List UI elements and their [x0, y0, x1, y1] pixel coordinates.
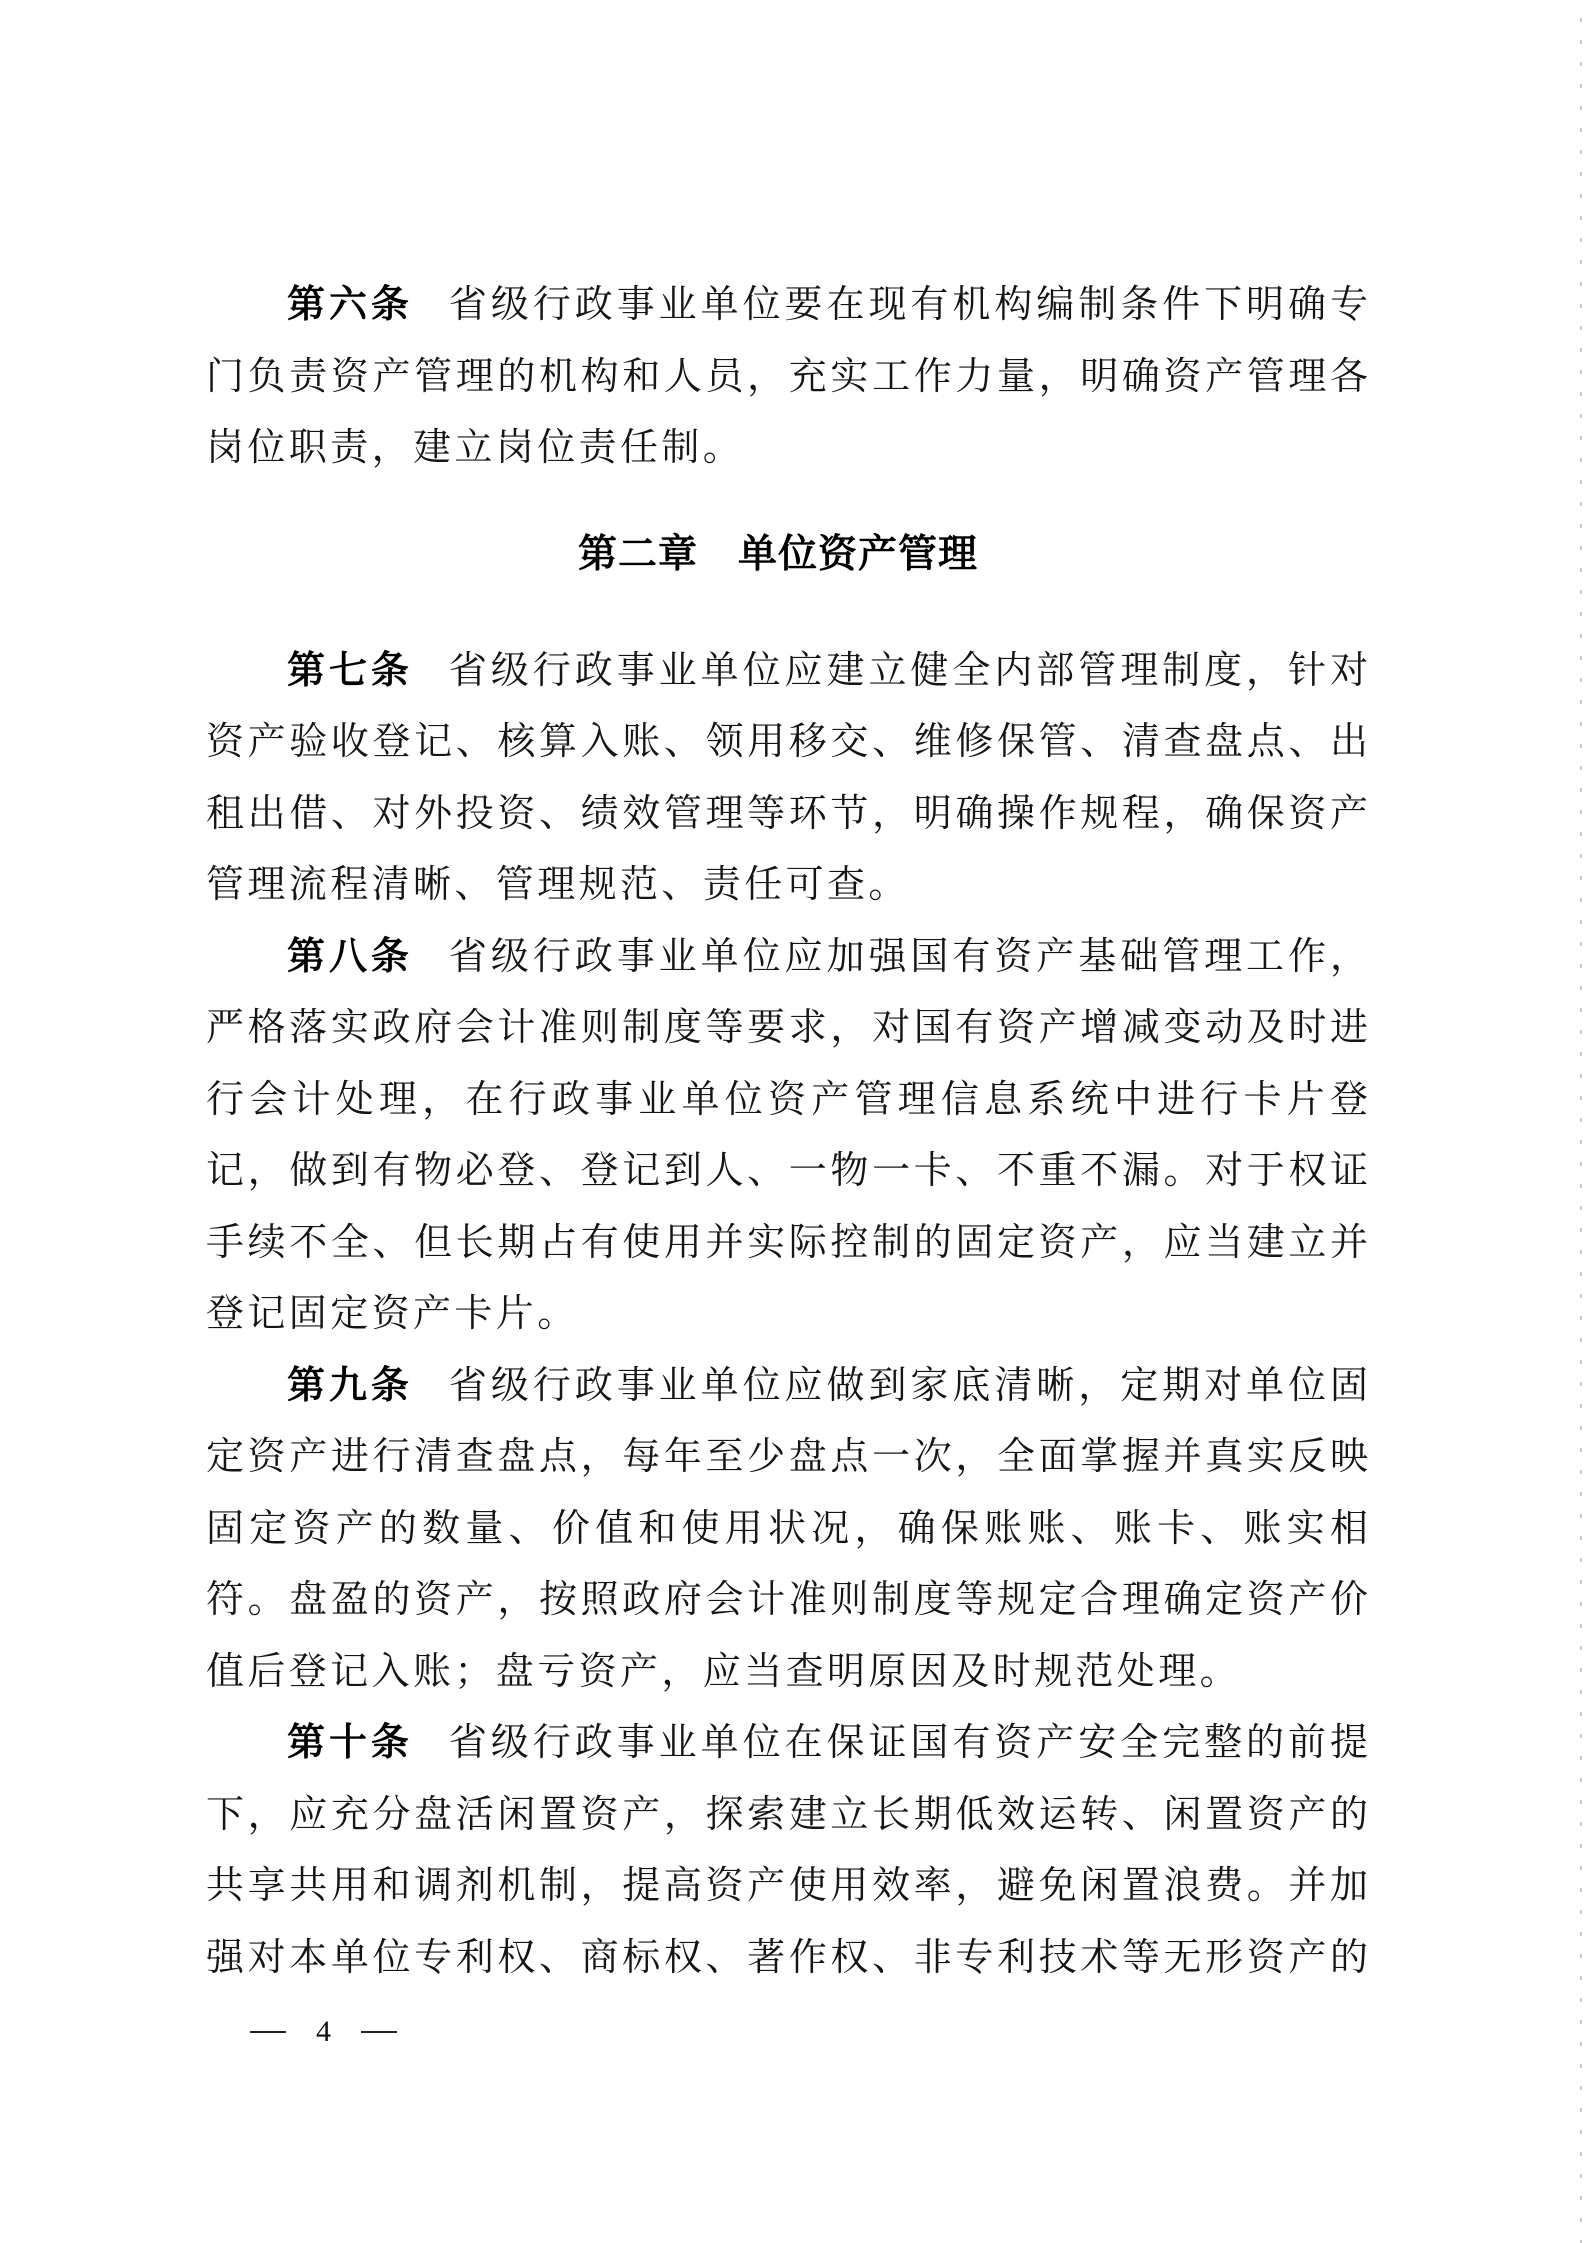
- article-10-line-2: 下，应充分盘活闲置资产，探索建立长期低效运转、闲置资产的: [206, 1792, 1368, 1836]
- page-number-dash-left: [250, 2031, 286, 2033]
- article-10-line-1: 第十条省级行政事业单位在保证国有资产安全完整的前提: [287, 1720, 1368, 1764]
- chapter-heading: 第二章单位资产管理: [578, 532, 978, 578]
- article-9-line-4: 符。盘盈的资产，按照政府会计准则制度等规定合理确定资产价: [206, 1577, 1368, 1621]
- article-9-line-2: 定资产进行清查盘点，每年至少盘点一次，全面掌握并真实反映: [206, 1434, 1368, 1478]
- article-7-line-2: 资产验收登记、核算入账、领用移交、维修保管、清查盘点、出: [206, 719, 1368, 763]
- page-number: 4: [250, 2012, 397, 2052]
- article-9-line-3: 固定资产的数量、价值和使用状况，确保账账、账卡、账实相: [206, 1506, 1368, 1550]
- article-6-line-3: 岗位职责，建立岗位责任制。: [206, 425, 1368, 469]
- article-8-line-6: 登记固定资产卡片。: [206, 1291, 1368, 1335]
- chapter-title: 单位资产管理: [738, 532, 978, 577]
- article-8-line-2: 严格落实政府会计准则制度等要求，对国有资产增减变动及时进: [206, 1005, 1368, 1049]
- article-8-line-1: 第八条省级行政事业单位应加强国有资产基础管理工作，: [287, 934, 1368, 978]
- scan-edge-line: [1580, 0, 1582, 2243]
- article-9-line-5: 值后登记入账；盘亏资产，应当查明原因及时规范处理。: [206, 1649, 1368, 1693]
- article-7-label: 第七条: [287, 648, 413, 692]
- article-8-line-4: 记，做到有物必登、登记到人、一物一卡、不重不漏。对于权证: [206, 1148, 1368, 1192]
- article-8-line-3: 行会计处理，在行政事业单位资产管理信息系统中进行卡片登: [206, 1077, 1368, 1121]
- page-number-value: 4: [316, 2012, 331, 2052]
- article-10-line-3: 共享共用和调剂机制，提高资产使用效率，避免闲置浪费。并加: [206, 1863, 1368, 1907]
- article-9-label: 第九条: [287, 1363, 413, 1407]
- document-page: 第六条省级行政事业单位要在现有机构编制条件下明确专 门负责资产管理的机构和人员，…: [0, 0, 1588, 2243]
- article-10-line-4: 强对本单位专利权、商标权、著作权、非专利技术等无形资产的: [206, 1935, 1368, 1979]
- article-8-line-5: 手续不全、但长期占有使用并实际控制的固定资产，应当建立并: [206, 1220, 1368, 1264]
- article-9-line-1: 第九条省级行政事业单位应做到家底清晰，定期对单位固: [287, 1363, 1368, 1407]
- article-6-line-1: 第六条省级行政事业单位要在现有机构编制条件下明确专: [287, 282, 1368, 326]
- article-8-label: 第八条: [287, 934, 413, 978]
- article-7-line-4: 管理流程清晰、管理规范、责任可查。: [206, 862, 1368, 906]
- article-7-line-3: 租出借、对外投资、绩效管理等环节，明确操作规程，确保资产: [206, 791, 1368, 835]
- article-7-line-1: 第七条省级行政事业单位应建立健全内部管理制度，针对: [287, 648, 1368, 692]
- page-number-dash-right: [361, 2031, 397, 2033]
- chapter-number: 第二章: [578, 532, 698, 577]
- article-6-line-2: 门负责资产管理的机构和人员，充实工作力量，明确资产管理各: [206, 354, 1368, 398]
- article-10-label: 第十条: [287, 1720, 413, 1764]
- article-6-label: 第六条: [287, 282, 413, 326]
